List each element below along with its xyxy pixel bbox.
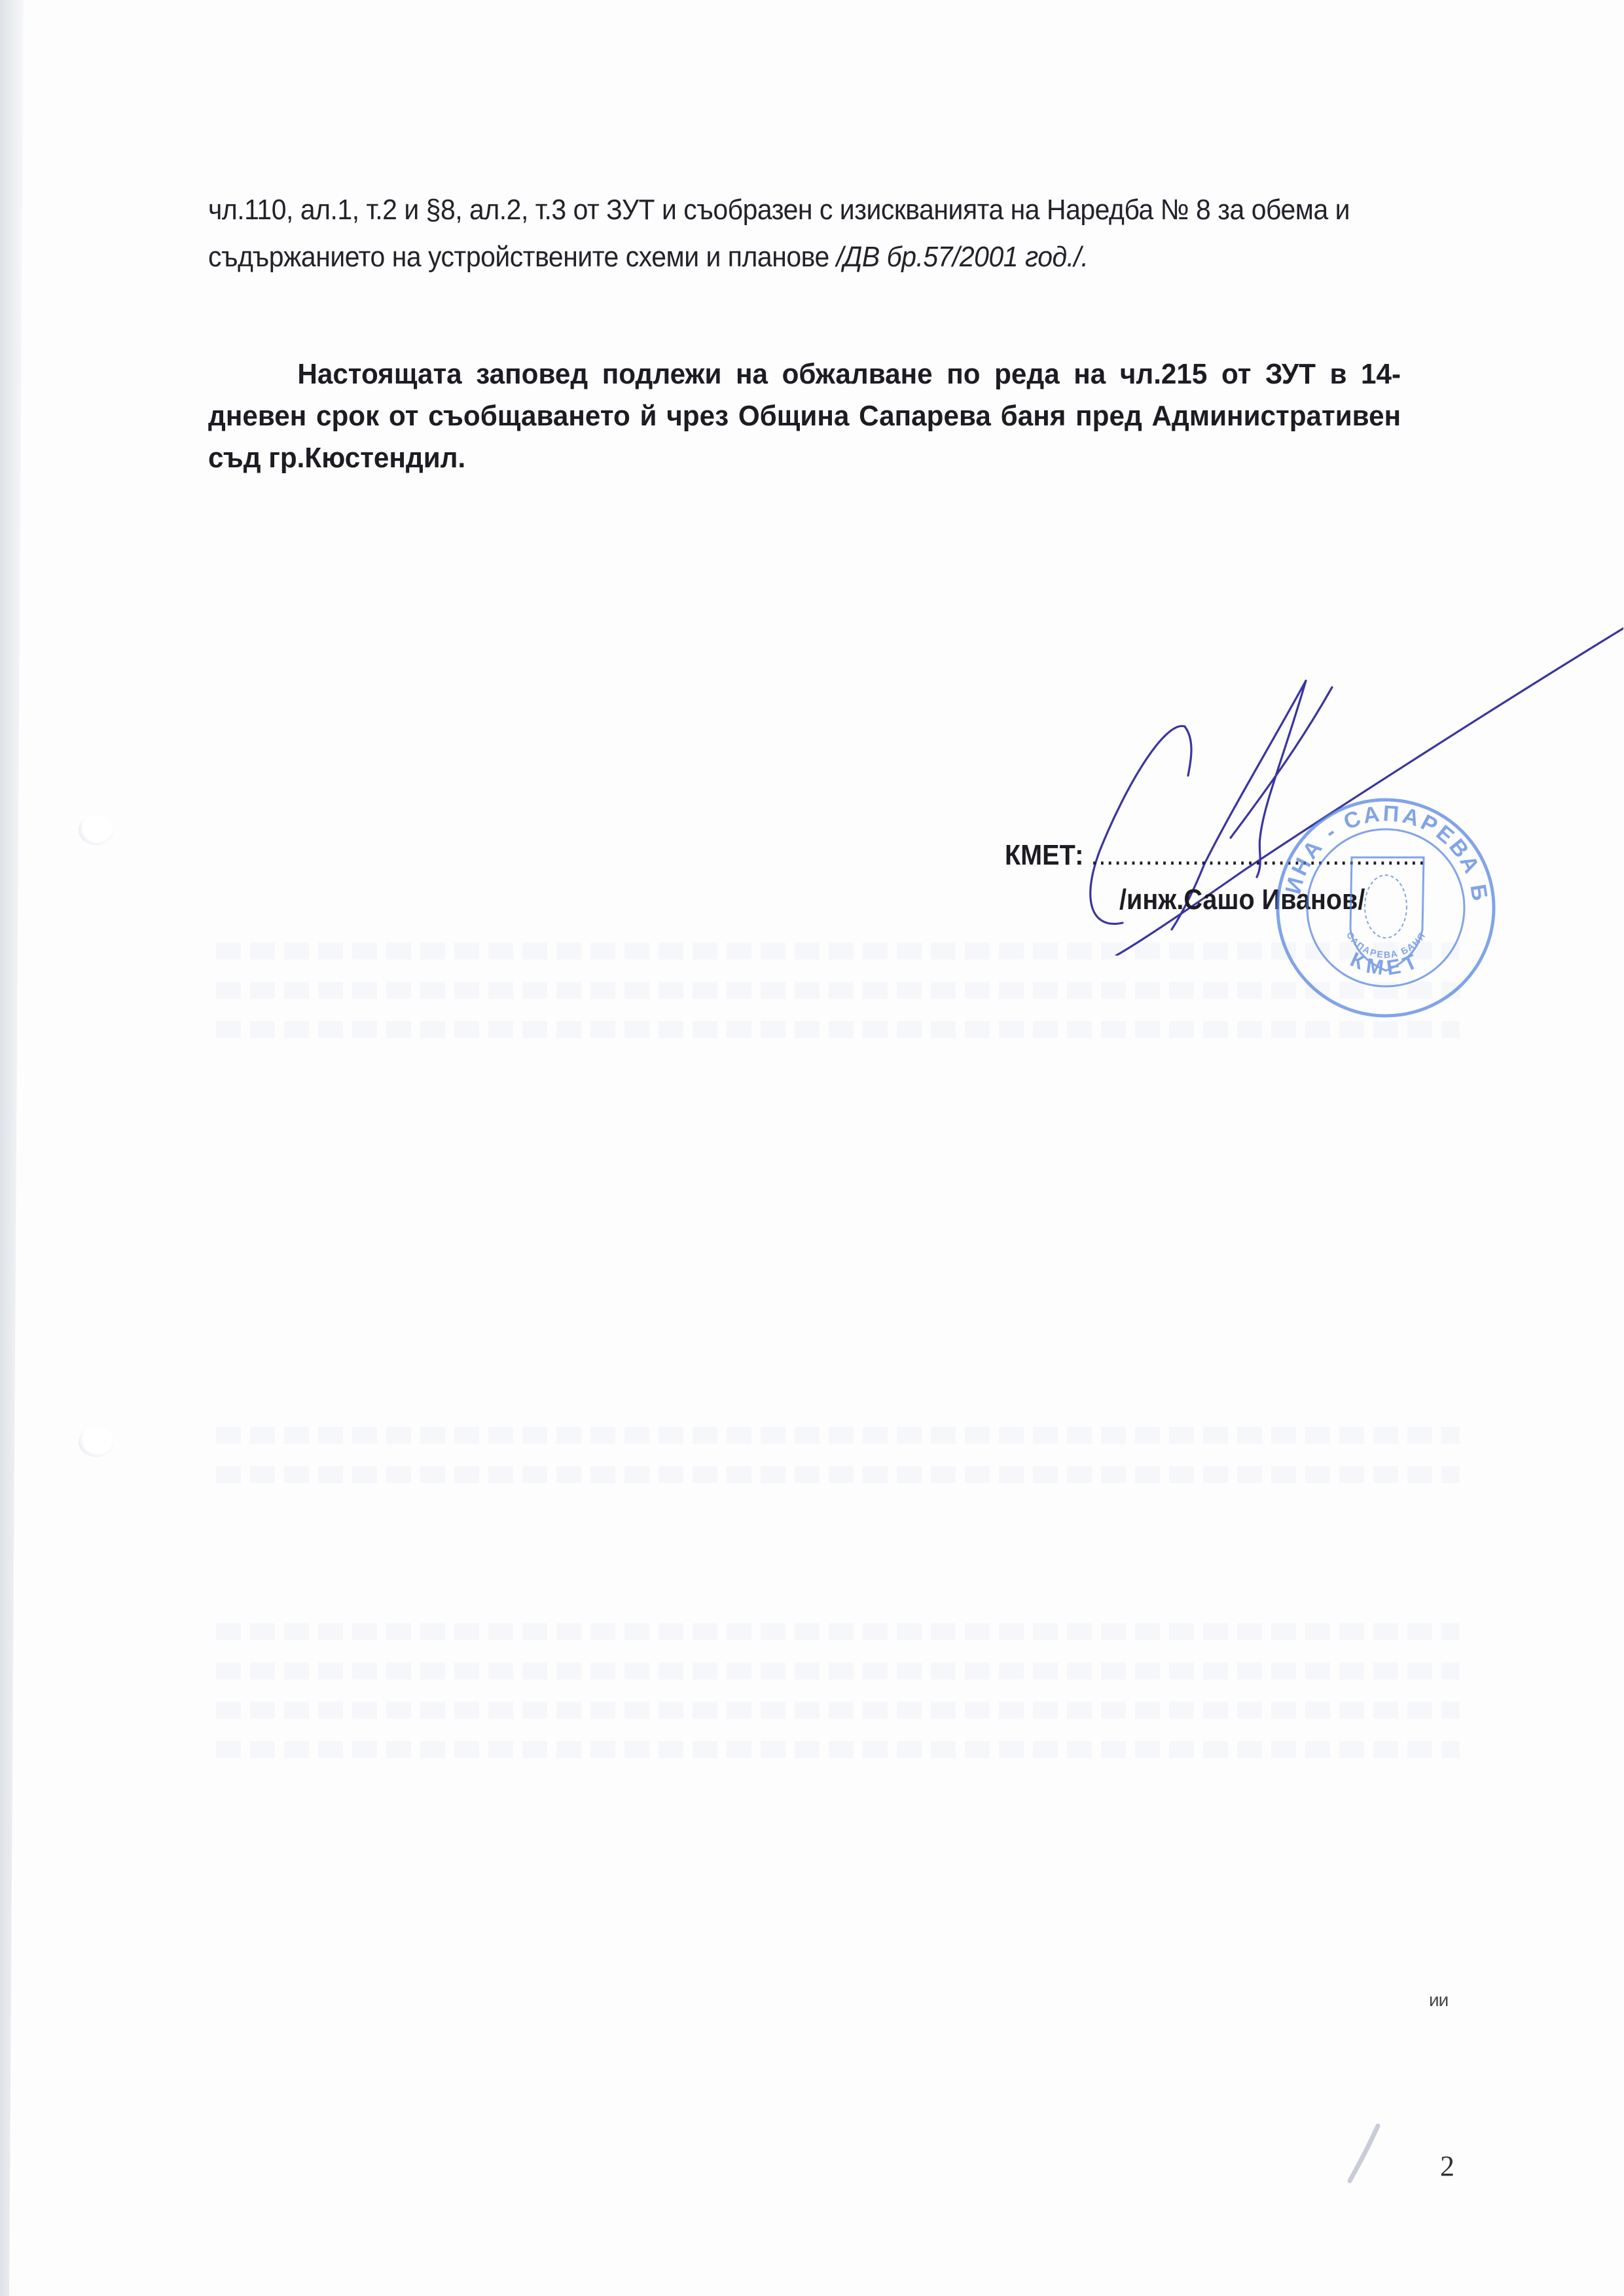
document-page: чл.110, ал.1, т.2 и §8, ал.2, т.3 от ЗУТ… (0, 0, 1624, 2296)
punch-hole (79, 815, 114, 845)
bleed-through (216, 1702, 1460, 1719)
signature-line: ........................................… (1091, 839, 1426, 871)
bleed-through (216, 982, 1460, 999)
punch-hole (79, 1427, 114, 1457)
mayor-signature-label: КМЕТ: ..................................… (1005, 839, 1426, 872)
legal-basis-text: чл.110, ал.1, т.2 и §8, ал.2, т.3 от ЗУТ… (208, 194, 1350, 273)
bleed-through (216, 1021, 1460, 1038)
legal-basis-paragraph: чл.110, ал.1, т.2 и §8, ал.2, т.3 от ЗУТ… (208, 187, 1396, 281)
bleed-through (216, 1741, 1460, 1758)
gazette-reference: /ДВ бр.57/2001 год./. (837, 241, 1089, 273)
typist-initials: ии (1429, 1990, 1448, 2011)
page-number: 2 (1440, 2149, 1454, 2183)
mayor-title: КМЕТ: (1005, 839, 1083, 871)
bleed-through (216, 1427, 1460, 1444)
bleed-through (216, 1623, 1460, 1640)
bleed-through (216, 1466, 1460, 1483)
appeal-notice-paragraph: Настоящата заповед подлежи на обжалване … (208, 353, 1401, 479)
bleed-through (216, 1662, 1460, 1679)
mayor-name: /инж.Сашо Иванов/ (1119, 884, 1365, 916)
pen-mark (1342, 2121, 1388, 2186)
bleed-through (216, 942, 1460, 960)
